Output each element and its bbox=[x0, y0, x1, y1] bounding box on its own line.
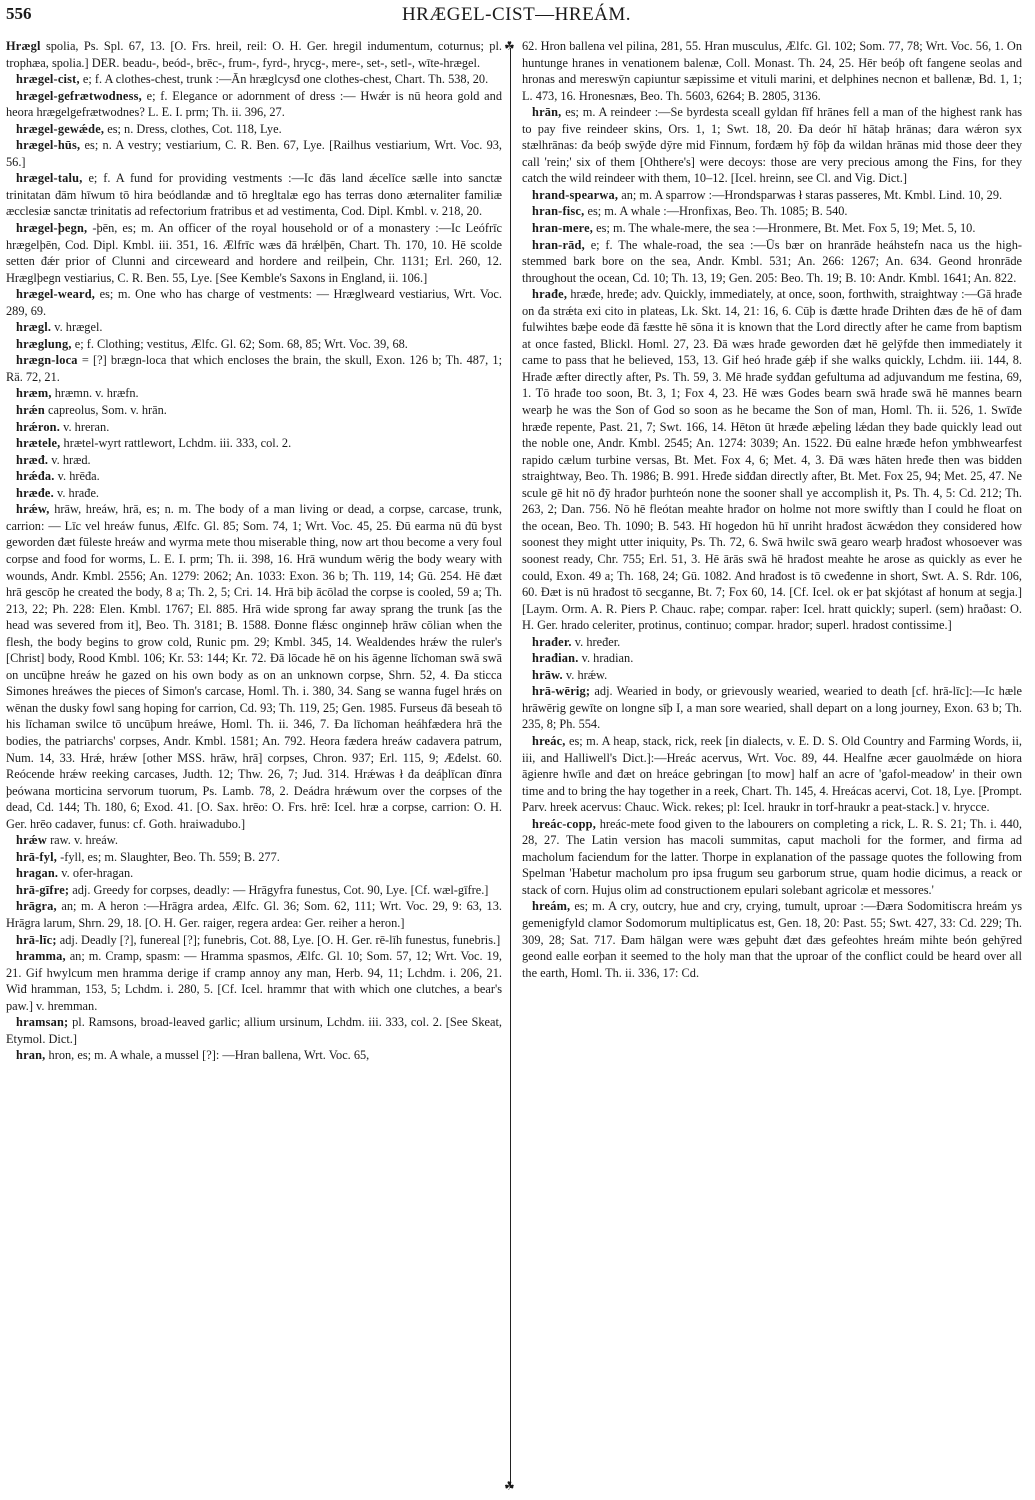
entry-text: capreolus, Som. v. hrān. bbox=[45, 403, 167, 417]
headword: hrægel-talu, bbox=[16, 171, 83, 185]
headword: hrā-wērig; bbox=[532, 684, 590, 698]
dictionary-entry: hrā-līc; adj. Deadly [?], funereal [?]; … bbox=[6, 932, 502, 949]
headword: hræđ. bbox=[16, 453, 48, 467]
headword: hran-fisc, bbox=[532, 204, 584, 218]
dictionary-entry: hrā-gīfre; adj. Greedy for corpses, dead… bbox=[6, 882, 502, 899]
headword: hrađer. bbox=[532, 635, 572, 649]
dictionary-entry: hrǽw, hrāw, hreáw, hrā, es; n. m. The bo… bbox=[6, 501, 502, 832]
headword: hrađe, bbox=[532, 287, 567, 301]
dictionary-entry: hrand-spearwa, an; m. A sparrow :—Hronds… bbox=[522, 187, 1022, 204]
headword: hramma, bbox=[16, 949, 66, 963]
dictionary-entry: hran-fisc, es; m. A whale :—Hronfixas, B… bbox=[522, 203, 1022, 220]
dictionary-entry: hrægel-cist, e; f. A clothes-chest, trun… bbox=[6, 71, 502, 88]
entry-text: es; m. A reindeer :—Se byrdesta sceall g… bbox=[522, 105, 1022, 185]
headword: hrægel-þegn, bbox=[16, 221, 87, 235]
headword: hrægel-hūs, bbox=[16, 138, 80, 152]
dictionary-entry: hrā-wērig; adj. Wearied in body, or grie… bbox=[522, 683, 1022, 733]
fleuron-ornament-icon: ☘ bbox=[504, 40, 515, 52]
entry-text: v. hrēđa. bbox=[55, 469, 100, 483]
dictionary-entry: hreác, es; m. A heap, stack, rick, reek … bbox=[522, 733, 1022, 816]
entry-text: an; m. Cramp, spasm: — Hramma spasmos, Æ… bbox=[6, 949, 502, 1013]
dictionary-entry: hramsan; pl. Ramsons, broad-leaved garli… bbox=[6, 1014, 502, 1047]
headword: hran-mere, bbox=[532, 221, 593, 235]
dictionary-entry: hrægel-hūs, es; n. A vestry; vestiarium,… bbox=[6, 137, 502, 170]
dictionary-entry: hrađe, hræđe, hređe; adv. Quickly, immed… bbox=[522, 286, 1022, 633]
entry-text: -fyll, es; m. Slaughter, Beo. Th. 559; B… bbox=[57, 850, 280, 864]
dictionary-entry: hramma, an; m. Cramp, spasm: — Hramma sp… bbox=[6, 948, 502, 1014]
entry-text: v. hradian. bbox=[579, 651, 634, 665]
dictionary-entry: hrægl. v. hrægel. bbox=[6, 319, 502, 336]
entry-text: es; n. A vestry; vestiarium, C. R. Ben. … bbox=[6, 138, 502, 169]
column-divider bbox=[510, 48, 511, 1488]
entry-text: an; m. A heron :—Hrāgra ardea, Ælfc. Gl.… bbox=[6, 899, 502, 930]
dictionary-entry: hrætele, hrætel-wyrt rattlewort, Lchdm. … bbox=[6, 435, 502, 452]
entry-text: v. hreran. bbox=[60, 420, 109, 434]
dictionary-entry: hrægel-gewǽde, es; n. Dress, clothes, Co… bbox=[6, 121, 502, 138]
dictionary-entry: hrægel-weard, es; m. One who has charge … bbox=[6, 286, 502, 319]
headword: hræm, bbox=[16, 386, 52, 400]
entry-text: an; m. A sparrow :—Hrondsparwas ł staras… bbox=[618, 188, 1002, 202]
entry-text: adj. Deadly [?], funereal [?]; funebris,… bbox=[57, 933, 501, 947]
headword: hragan. bbox=[16, 866, 58, 880]
headword: Hrægl bbox=[6, 39, 41, 53]
dictionary-entry: hrađer. v. hređer. bbox=[522, 634, 1022, 651]
headword: hrā-līc; bbox=[16, 933, 57, 947]
entry-text: v. hređer. bbox=[572, 635, 621, 649]
headword: hrægl. bbox=[16, 320, 51, 334]
dictionary-entry: hræm, hræmn. v. hræfn. bbox=[6, 385, 502, 402]
page-header: 556 HRÆGEL-CIST—HREÁM. bbox=[6, 4, 1027, 30]
headword: hrægn-loca bbox=[16, 353, 78, 367]
headword: hrǽw bbox=[16, 833, 47, 847]
dictionary-entry: hreác-copp, hreác-mete food given to the… bbox=[522, 816, 1022, 899]
dictionary-entry: hræglung, e; f. Clothing; vestitus, Ælfc… bbox=[6, 336, 502, 353]
entry-text: es; m. A cry, outcry, hue and cry, cryin… bbox=[522, 899, 1022, 979]
entry-text: pl. Ramsons, broad-leaved garlic; allium… bbox=[6, 1015, 502, 1046]
headword: hrand-spearwa, bbox=[532, 188, 618, 202]
headword: hræglung, bbox=[16, 337, 72, 351]
headword: hran-rād, bbox=[532, 238, 585, 252]
entry-text: = [?] brægn-loca that which encloses the… bbox=[6, 353, 502, 384]
dictionary-entry: hræđ. v. hræd. bbox=[6, 452, 502, 469]
entry-text: v. hrađe. bbox=[54, 486, 99, 500]
dictionary-entry: hrægn-loca = [?] brægn-loca that which e… bbox=[6, 352, 502, 385]
dictionary-entry: hran-mere, es; m. The whale-mere, the se… bbox=[522, 220, 1022, 237]
entry-text: adj. Greedy for corpses, deadly: — Hrāgy… bbox=[69, 883, 488, 897]
dictionary-entry: hrāw. v. hrǽw. bbox=[522, 667, 1022, 684]
dictionary-entry: hrægel-talu, e; f. A fund for providing … bbox=[6, 170, 502, 220]
running-head: HRÆGEL-CIST—HREÁM. bbox=[6, 4, 1027, 26]
dictionary-entry: hrā-fyl, -fyll, es; m. Slaughter, Beo. T… bbox=[6, 849, 502, 866]
headword: hrāgra, bbox=[16, 899, 57, 913]
entry-text: v. hrægel. bbox=[51, 320, 102, 334]
entry-text: 62. Hron ballena vel pilina, 281, 55. Hr… bbox=[522, 39, 1022, 103]
headword: hreác-copp, bbox=[532, 817, 596, 831]
left-column: Hrægl spolia, Ps. Spl. 67, 13. [O. Frs. … bbox=[6, 38, 502, 1064]
entry-text: adj. Wearied in body, or grievously wear… bbox=[522, 684, 1022, 731]
dictionary-entry: hrǽđa. v. hrēđa. bbox=[6, 468, 502, 485]
entry-text: v. ofer-hragan. bbox=[58, 866, 133, 880]
headword: hran, bbox=[16, 1048, 45, 1062]
headword: hrađian. bbox=[532, 651, 579, 665]
dictionary-entry: hrǽw raw. v. hreáw. bbox=[6, 832, 502, 849]
entry-text: es; n. Dress, clothes, Cot. 118, Lye. bbox=[104, 122, 281, 136]
entry-text: v. hræd. bbox=[48, 453, 90, 467]
dictionary-entry: hrađian. v. hradian. bbox=[522, 650, 1022, 667]
headword: hrætele, bbox=[16, 436, 60, 450]
entry-text: spolia, Ps. Spl. 67, 13. [O. Frs. hreil,… bbox=[6, 39, 502, 70]
right-column: 62. Hron ballena vel pilina, 281, 55. Hr… bbox=[522, 38, 1022, 981]
entry-text: e; f. A clothes-chest, trunk :—Ān hræglc… bbox=[80, 72, 488, 86]
entry-text: raw. v. hreáw. bbox=[47, 833, 118, 847]
entry-text: es; m. A heap, stack, rick, reek [in dia… bbox=[522, 734, 1022, 814]
dictionary-entry: hreám, es; m. A cry, outcry, hue and cry… bbox=[522, 898, 1022, 981]
headword: hreám, bbox=[532, 899, 570, 913]
entry-text: es; m. A whale :—Hronfixas, Beo. Th. 108… bbox=[584, 204, 847, 218]
dictionary-entry: hræđe. v. hrađe. bbox=[6, 485, 502, 502]
dictionary-entry: 62. Hron ballena vel pilina, 281, 55. Hr… bbox=[522, 38, 1022, 104]
dictionary-entry: hrægel-þegn, -þēn, es; m. An officer of … bbox=[6, 220, 502, 286]
dictionary-entry: hran, hron, es; m. A whale, a mussel [?]… bbox=[6, 1047, 502, 1064]
headword: hrā-gīfre; bbox=[16, 883, 69, 897]
headword: hrǽđa. bbox=[16, 469, 55, 483]
entry-text: hrætel-wyrt rattlewort, Lchdm. iii. 333,… bbox=[60, 436, 291, 450]
headword: hreác, bbox=[532, 734, 566, 748]
entry-text: hreác-mete food given to the labourers o… bbox=[522, 817, 1022, 897]
dictionary-entry: hrān, es; m. A reindeer :—Se byrdesta sc… bbox=[522, 104, 1022, 187]
headword: hrān, bbox=[532, 105, 561, 119]
headword: hrægel-gewǽde, bbox=[16, 122, 104, 136]
entry-text: e; f. The whale-road, the sea :—Ūs bær o… bbox=[522, 238, 1022, 285]
headword: hrǽron. bbox=[16, 420, 60, 434]
dictionary-entry: hrǽn capreolus, Som. v. hrān. bbox=[6, 402, 502, 419]
headword: hramsan; bbox=[16, 1015, 68, 1029]
headword: hræđe. bbox=[16, 486, 54, 500]
dictionary-entry: hrǽron. v. hreran. bbox=[6, 419, 502, 436]
entry-text: e; f. Clothing; vestitus, Ælfc. Gl. 62; … bbox=[72, 337, 408, 351]
entry-text: hrāw, hreáw, hrā, es; n. m. The body of … bbox=[6, 502, 502, 830]
headword: hrægel-cist, bbox=[16, 72, 80, 86]
entry-text: hræmn. v. hræfn. bbox=[52, 386, 139, 400]
headword: hrægel-weard, bbox=[16, 287, 95, 301]
entry-text: hræđe, hređe; adv. Quickly, immediately,… bbox=[522, 287, 1022, 632]
headword: hrāw. bbox=[532, 668, 563, 682]
headword: hrā-fyl, bbox=[16, 850, 57, 864]
dictionary-entry: hragan. v. ofer-hragan. bbox=[6, 865, 502, 882]
dictionary-entry: Hrægl spolia, Ps. Spl. 67, 13. [O. Frs. … bbox=[6, 38, 502, 71]
headword: hrǽw, bbox=[16, 502, 50, 516]
dictionary-entry: hrāgra, an; m. A heron :—Hrāgra ardea, Æ… bbox=[6, 898, 502, 931]
headword: hrǽn bbox=[16, 403, 45, 417]
entry-text: hron, es; m. A whale, a mussel [?]: —Hra… bbox=[45, 1048, 369, 1062]
dictionary-entry: hrægel-gefrætwodness, e; f. Elegance or … bbox=[6, 88, 502, 121]
entry-text: v. hrǽw. bbox=[563, 668, 607, 682]
entry-text: es; m. The whale-mere, the sea :—Hronmer… bbox=[593, 221, 975, 235]
headword: hrægel-gefrætwodness, bbox=[16, 89, 142, 103]
dictionary-entry: hran-rād, e; f. The whale-road, the sea … bbox=[522, 237, 1022, 287]
fleuron-ornament-icon: ☘ bbox=[504, 1480, 515, 1492]
